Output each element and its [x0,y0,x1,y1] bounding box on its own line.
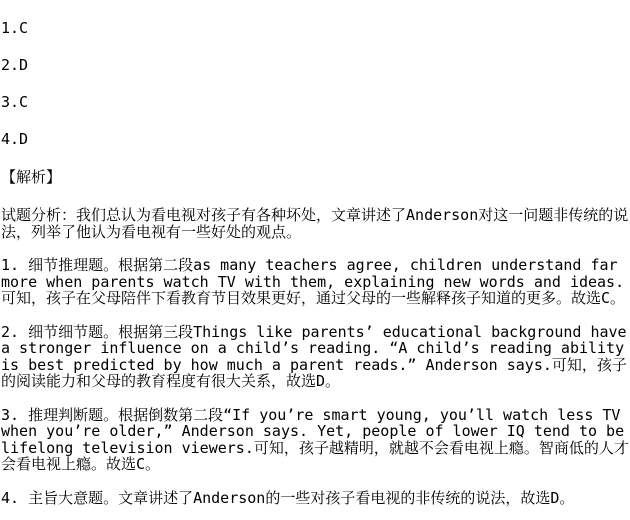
explanation-item-1: 1. 细节推理题。根据第二段as many teachers agree, ch… [1,257,629,307]
explanation-item-4: 4. 主旨大意题。文章讲述了Anderson的一些对孩子看电视的非传统的说法，故… [1,490,629,507]
explanations-list: 1. 细节推理题。根据第二段as many teachers agree, ch… [1,257,629,506]
answer-line-4: 4.D [1,132,629,147]
document-page: 1.C 2.D 3.C 4.D 【解析】 试题分析：我们总认为看电视对孩子有各种… [0,0,630,520]
analysis-summary: 试题分析：我们总认为看电视对孩子有各种坏处，文章讲述了Anderson对这一问题… [1,207,629,240]
explanation-item-2: 2. 细节细节题。根据第三段Things like parents’ educa… [1,324,629,390]
answer-line-1: 1.C [1,21,629,36]
analysis-heading: 【解析】 [1,169,629,186]
answer-line-3: 3.C [1,95,629,110]
answer-line-2: 2.D [1,58,629,73]
answers-block: 1.C 2.D 3.C 4.D [1,21,629,147]
explanation-item-3: 3. 推理判断题。根据倒数第二段“If you’re smart young, … [1,407,629,473]
